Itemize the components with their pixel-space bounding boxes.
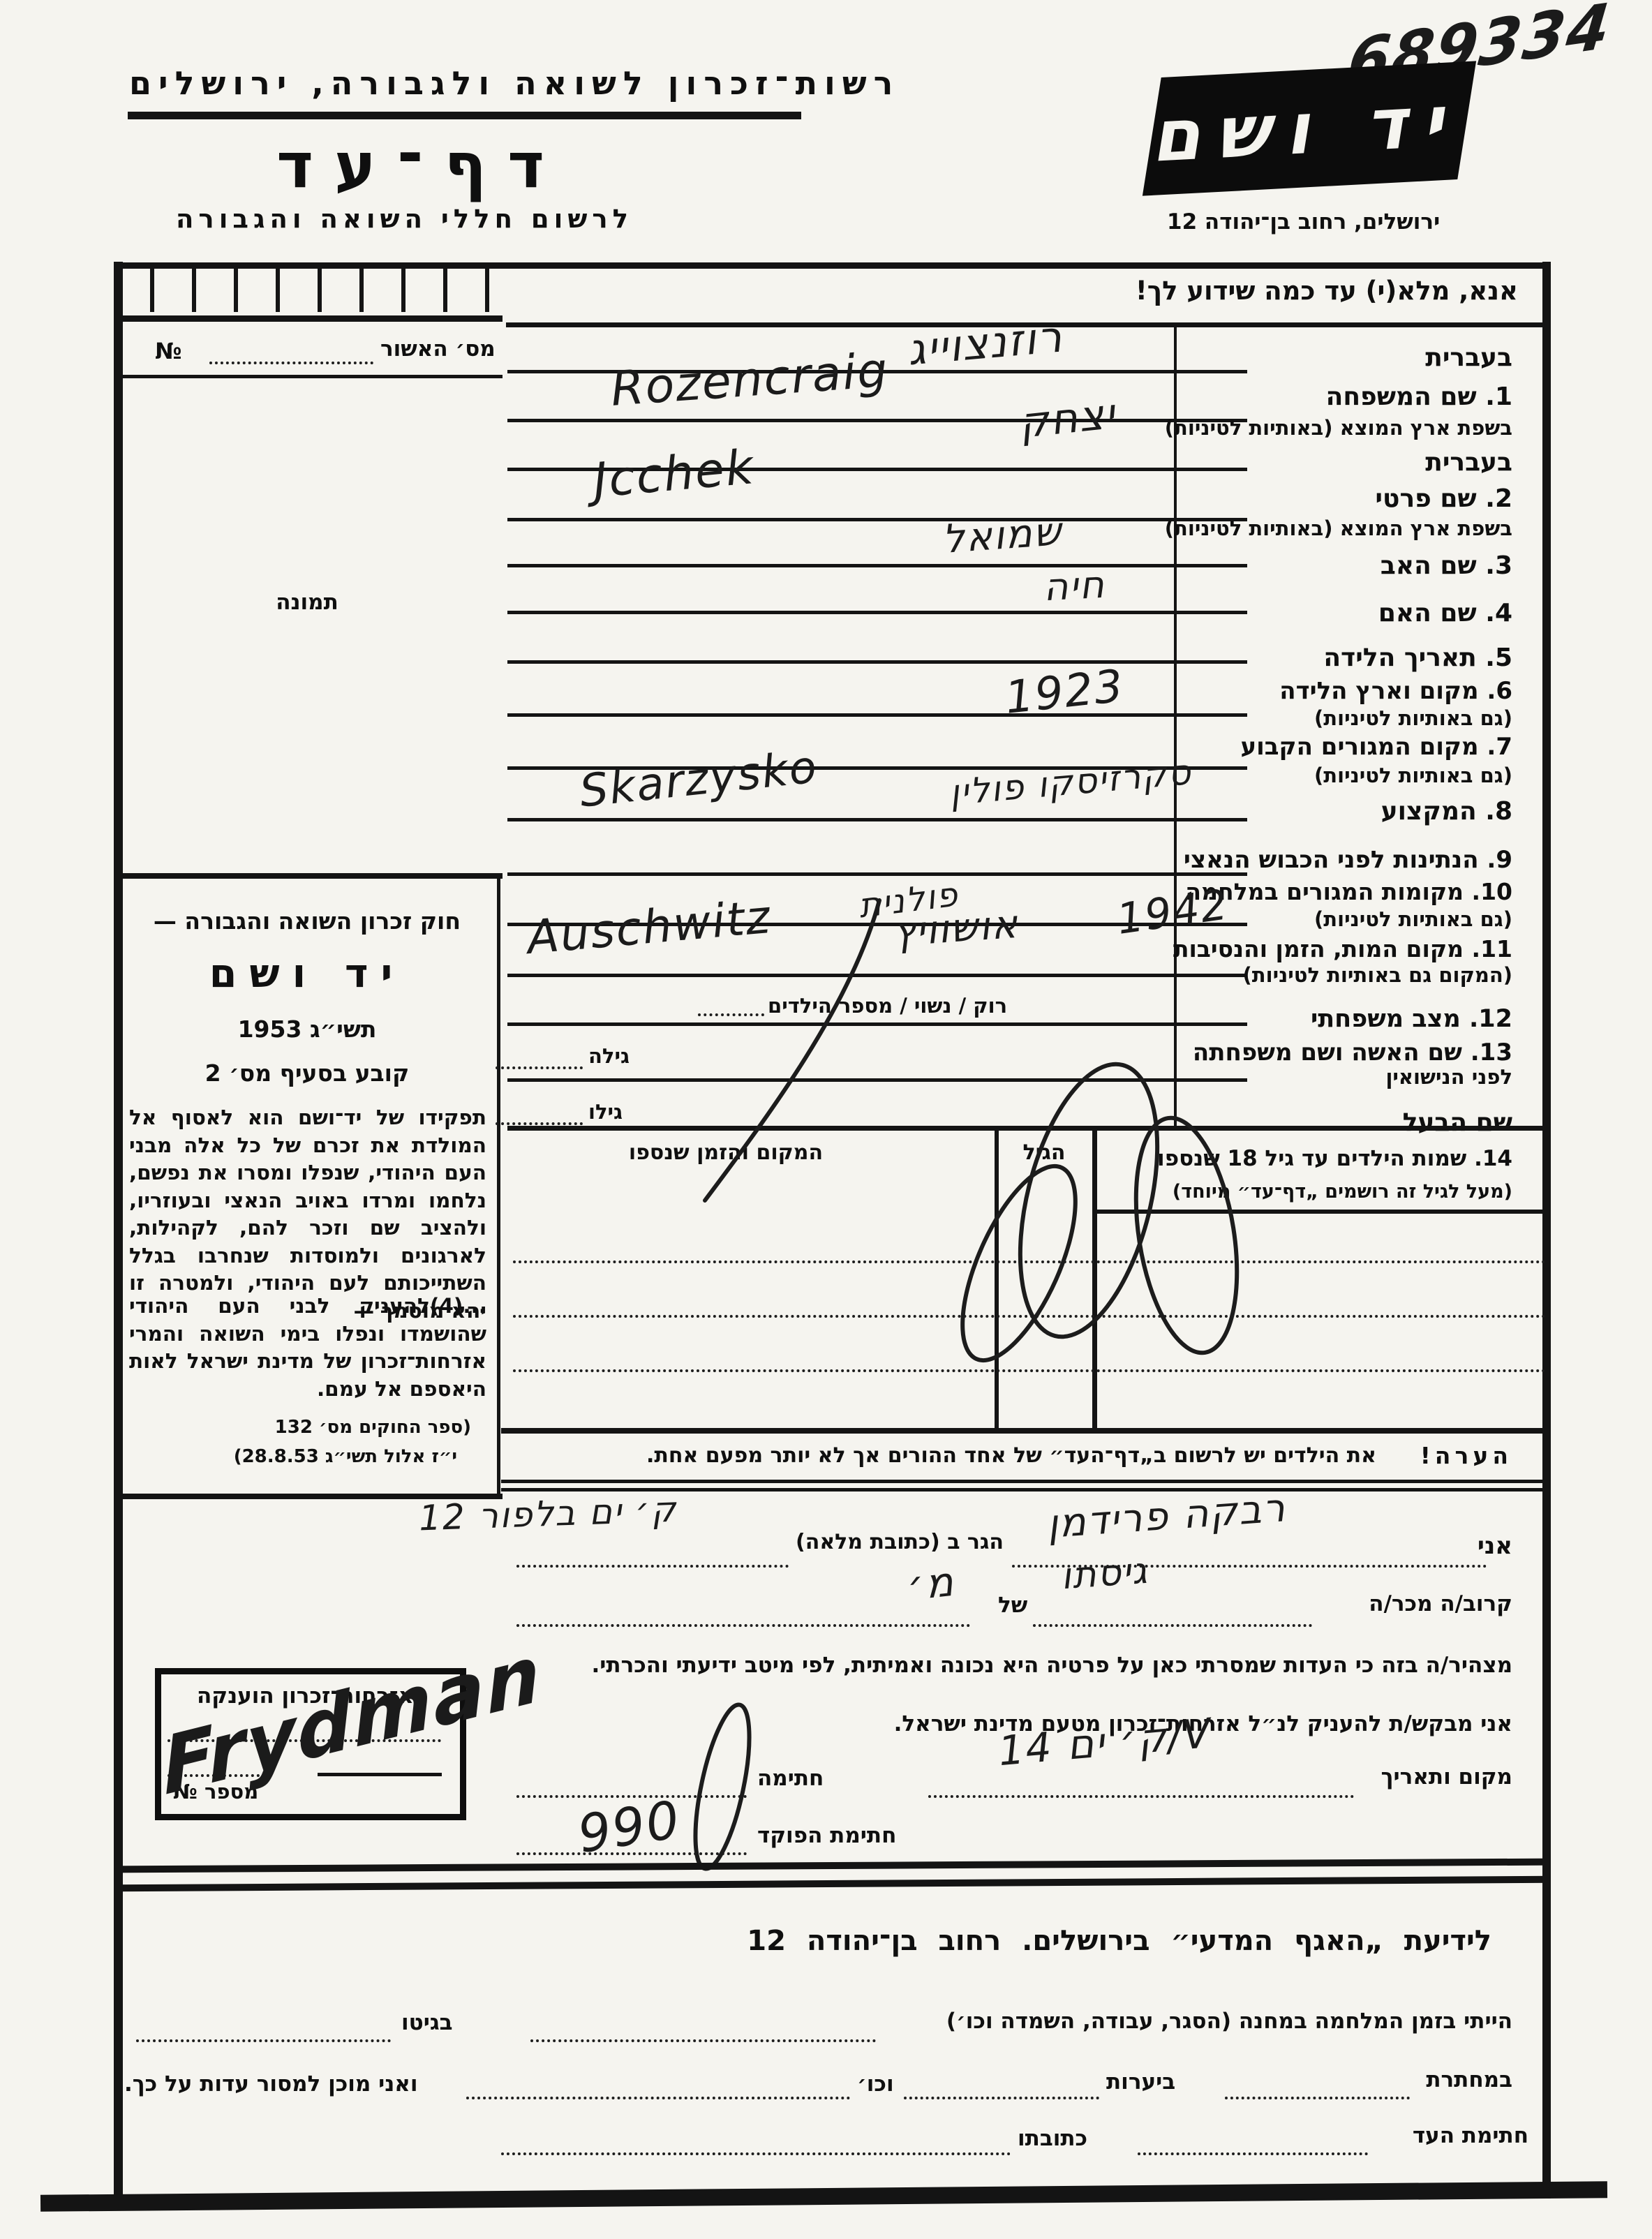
hw-firstname-latin: Jcchek (591, 440, 757, 509)
law-citation-2: י״ז אלול תשי״ג 28.8.53) (129, 1446, 457, 1467)
etc-blank (466, 2097, 850, 2099)
field-sublabel-13: לפני הנישואין (1385, 1065, 1512, 1089)
comb-tick (318, 269, 322, 312)
field-sublabel-6: (גם באותיות לטיניות) (1314, 706, 1512, 730)
comb-tick (192, 269, 196, 312)
field-label-12: 12. מצב משפחתי (1311, 1005, 1512, 1033)
witness-signature-blank (1138, 2152, 1368, 2155)
comb-tick (485, 269, 489, 312)
his-address-blank (501, 2152, 1011, 2155)
office-address: ירושלים, רחוב בן־יהודה 12 (1167, 209, 1440, 235)
place-date-blank (928, 1795, 1354, 1798)
resides-label: הגר ב (כתובת מלאה) (796, 1530, 1004, 1554)
her-age-label: גילה (588, 1044, 630, 1068)
his-address-label: כתובתו (1018, 2126, 1087, 2151)
field-pre-1: בעברית (1425, 343, 1512, 372)
field-label-7: 7. מקום המגורים הקבוע (1240, 733, 1512, 761)
page-subtitle: לרשום חללי השואה והגבורה (176, 204, 633, 234)
field-label-4: 4. שם האם (1378, 599, 1512, 627)
hw-mother-name: חיה (1042, 563, 1106, 610)
comb-tick (150, 269, 154, 312)
hw-surname-hebrew: רוזנצוייג (905, 311, 1065, 375)
approval-number-symbol: № (155, 338, 182, 364)
comb-tick (443, 269, 447, 312)
witness-signature-label: חתימת העד (1413, 2123, 1528, 2148)
his-age-blank (496, 1122, 583, 1125)
entry-line (507, 611, 1247, 614)
relation-handwriting: גיסתו (1059, 1550, 1149, 1598)
yad-vashem-stamp: יד ושם (1143, 61, 1476, 195)
field-label-3: 3. שם האב (1381, 551, 1512, 580)
underground-blank (1225, 2097, 1410, 2099)
of-label: של (998, 1593, 1027, 1618)
note-rule-1 (501, 1480, 1551, 1483)
note-label: הערה! (1420, 1442, 1512, 1469)
field-sublabel-2: בשפת ארץ המוצא (באותיות לטיניות) (1165, 516, 1512, 540)
his-age-label: גילו (588, 1100, 623, 1124)
law-paragraph-1: תפקידו של יד־ושם הוא לאסוף אל המולדת את … (129, 1104, 486, 1325)
field-label-2: 2. שם פרטי (1375, 484, 1512, 513)
comb-tick (234, 269, 238, 312)
hw-birthplace-hebrew: סקרזיסקו פולין (948, 752, 1193, 813)
her-age-blank (496, 1066, 583, 1069)
underground-label: במחתרת (1426, 2067, 1512, 2092)
clerk-signature-label: חתימת הפוקד (757, 1823, 896, 1848)
law-year: תשי״ג 1953 (129, 1016, 485, 1043)
field-pre-2: בעברית (1425, 448, 1512, 477)
ghetto-label: בגיטו (401, 2010, 453, 2035)
entry-line (507, 660, 1247, 664)
forests-blank (904, 2097, 1099, 2099)
hw-birthplace-latin: Skarzysko (577, 741, 820, 817)
testimony-page-scan: 689334 רשות־זכרון לשואה ולגבורה, ירושלים… (0, 0, 1652, 2239)
hw-death-place-hebrew: אושוויץ (892, 902, 1020, 955)
fill-instruction: אנא, מלא(י) עד כמה שידוע לך! (1136, 276, 1518, 306)
authority-underline (128, 112, 801, 119)
approval-number-blank (209, 362, 373, 364)
relative-blank-1 (1033, 1624, 1312, 1627)
bottom-border (40, 2181, 1607, 2212)
hw-surname-latin: Rozencraig (609, 343, 891, 417)
law-paragraph-2: ...(4)להעניק לבני העם היהודי שהושמדו ונפ… (129, 1293, 486, 1403)
form-top-rule (114, 262, 1551, 269)
relation-more-handwriting: מ׳ (905, 1558, 957, 1610)
note-text: את הילדים יש לרשום ב„דף־העד״ של אחד ההור… (646, 1443, 1376, 1468)
field-label-5: 5. תאריך הלידה (1323, 644, 1512, 672)
field-label-6: 6. מקום וארץ הלידה (1279, 677, 1512, 705)
relative-blank-2 (516, 1624, 970, 1627)
place-date-label: מקום ותאריך (1381, 1764, 1512, 1790)
comb-tick (401, 269, 405, 312)
law-citation-1: (ספר החוקים מס׳ 132 (129, 1417, 471, 1438)
entry-line (507, 713, 1247, 717)
testify-line: ואני מוכן למסור עדות על כך. (124, 2071, 418, 2097)
ghetto-blank (136, 2039, 391, 2042)
entry-line (507, 419, 1247, 422)
witness-name-handwriting: רבקה פרידמן (1045, 1485, 1288, 1547)
field-label-8: 8. המקצוע (1381, 797, 1512, 826)
left-border (114, 262, 123, 2202)
field-sublabel-7: (גם באותיות לטיניות) (1314, 764, 1512, 787)
declarant-address-blank (516, 1565, 789, 1568)
entry-line (507, 564, 1247, 567)
citizenship-box-line (318, 1773, 442, 1776)
approval-number-label: מס׳ האשור (380, 336, 496, 362)
field-sublabel-10: (גם באותיות לטיניות) (1314, 907, 1512, 931)
photo-underrule (114, 873, 503, 879)
authority-title: רשות־זכרון לשואה ולגבורה, ירושלים (129, 64, 900, 102)
field-label-9: 9. הנתינות לפני הכבוש הנאצי (1184, 846, 1512, 874)
entry-line (507, 518, 1247, 521)
page-title: דף־עד (300, 129, 565, 202)
bottom-section-title: לידיעת „האגף המדעי״ בירושלים. רחוב בן־יה… (747, 1925, 1491, 1957)
approval-underrule (114, 375, 503, 378)
forests-label: ביערות (1106, 2069, 1175, 2095)
yad-vashem-stamp-text: יד ושם (1149, 78, 1469, 178)
law-name: יד ושם (129, 951, 485, 997)
field-sublabel-1: בשפת ארץ המוצא (באותיות לטיניות) (1165, 416, 1512, 440)
comb-tick (359, 269, 364, 312)
husband-name-label: שם הבעל (1403, 1108, 1512, 1137)
etc-label: וכו׳ (857, 2071, 894, 2097)
law-heading: חוק זכרון השואה והגבורה — (129, 907, 485, 935)
hw-father-name: שמואל (941, 509, 1064, 563)
witness-address-handwriting: ק׳ ים בלפור 12 (418, 1489, 678, 1539)
field-label-1: 1. שם המשפחה (1326, 382, 1512, 411)
right-border (1542, 262, 1551, 2199)
handwriting-flourish (628, 872, 1326, 1438)
relative-label: קרוב/ה מכר/ה (1369, 1591, 1512, 1616)
comb-tick (276, 269, 280, 312)
signature-flourish (649, 1689, 803, 1884)
declaration-statement: מצהיר/ה בזה כי העדות שמסרתי כאן על פרטיה… (591, 1653, 1512, 1678)
camp-line: הייתי בזמן המלחמה במחנה (הסגר, עבודה, הש… (946, 2009, 1512, 2034)
law-section: קובע בסעיף מס׳ 2 (129, 1059, 485, 1087)
law-box-right-rule (497, 873, 500, 1498)
photo-box-label: תמונה (230, 590, 384, 615)
entry-line (507, 818, 1247, 821)
hw-firstname-hebrew: יצחק (1017, 389, 1118, 448)
declarant-i-label: אני (1478, 1532, 1512, 1560)
comb-underrule (114, 315, 503, 322)
section-rule-2 (114, 1876, 1551, 1892)
section-rule-1 (114, 1859, 1551, 1873)
camp-blank (530, 2039, 876, 2042)
